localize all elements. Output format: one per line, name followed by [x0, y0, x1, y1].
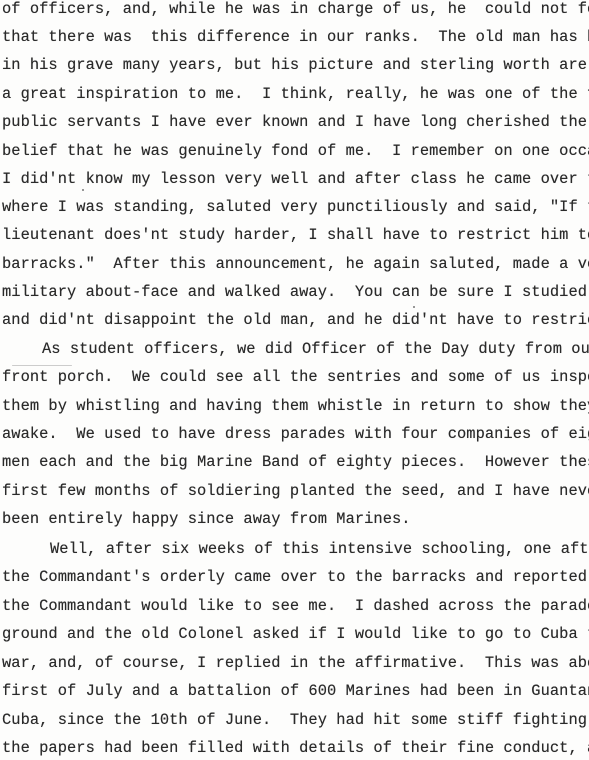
text-line: front porch. We could see all the sentri…: [2, 368, 589, 386]
text-line: Cuba, since the 10th of June. They had h…: [2, 711, 589, 729]
scan-speck: [82, 189, 84, 191]
text-line: first few months of soldiering planted t…: [2, 482, 589, 500]
text-line: the Commandant would like to see me. I d…: [2, 597, 589, 615]
text-line: ground and the old Colonel asked if I wo…: [2, 625, 589, 643]
text-line: a great inspiration to me. I think, real…: [2, 85, 589, 103]
text-line: barracks." After this announcement, he a…: [2, 255, 589, 273]
text-line: in his grave many years, but his picture…: [2, 56, 589, 74]
text-line: awake. We used to have dress parades wit…: [2, 425, 589, 443]
text-line: that there was this difference in our ra…: [2, 28, 589, 46]
text-line: war, and, of course, I replied in the af…: [2, 654, 589, 672]
text-line: public servants I have ever known and I …: [2, 113, 587, 131]
text-line: of officers, and, while he was in charge…: [2, 0, 589, 18]
typewritten-page: of officers, and, while he was in charge…: [0, 0, 589, 760]
paragraph-first-line: As student officers, we did Officer of t…: [42, 340, 589, 358]
text-line: and did'nt disappoint the old man, and h…: [2, 311, 589, 329]
text-line: first of July and a battalion of 600 Mar…: [2, 682, 589, 700]
scan-speck: [413, 306, 415, 308]
text-line: belief that he was genuinely fond of me.…: [2, 142, 589, 160]
text-line: them by whistling and having them whistl…: [2, 397, 589, 415]
scan-speck: [12, 365, 72, 366]
text-line: men each and the big Marine Band of eigh…: [2, 453, 589, 471]
text-line: been entirely happy since away from Mari…: [2, 510, 411, 528]
text-line: the papers had been filled with details …: [2, 739, 589, 757]
text-line: lieutenant does'nt study harder, I shall…: [2, 226, 589, 244]
paragraph-first-line: Well, after six weeks of this intensive …: [50, 540, 589, 558]
text-line: I did'nt know my lesson very well and af…: [2, 170, 589, 188]
text-line: military about-face and walked away. You…: [2, 283, 589, 301]
text-line: the Commandant's orderly came over to th…: [2, 568, 589, 586]
text-line: where I was standing, saluted very punct…: [2, 198, 589, 216]
